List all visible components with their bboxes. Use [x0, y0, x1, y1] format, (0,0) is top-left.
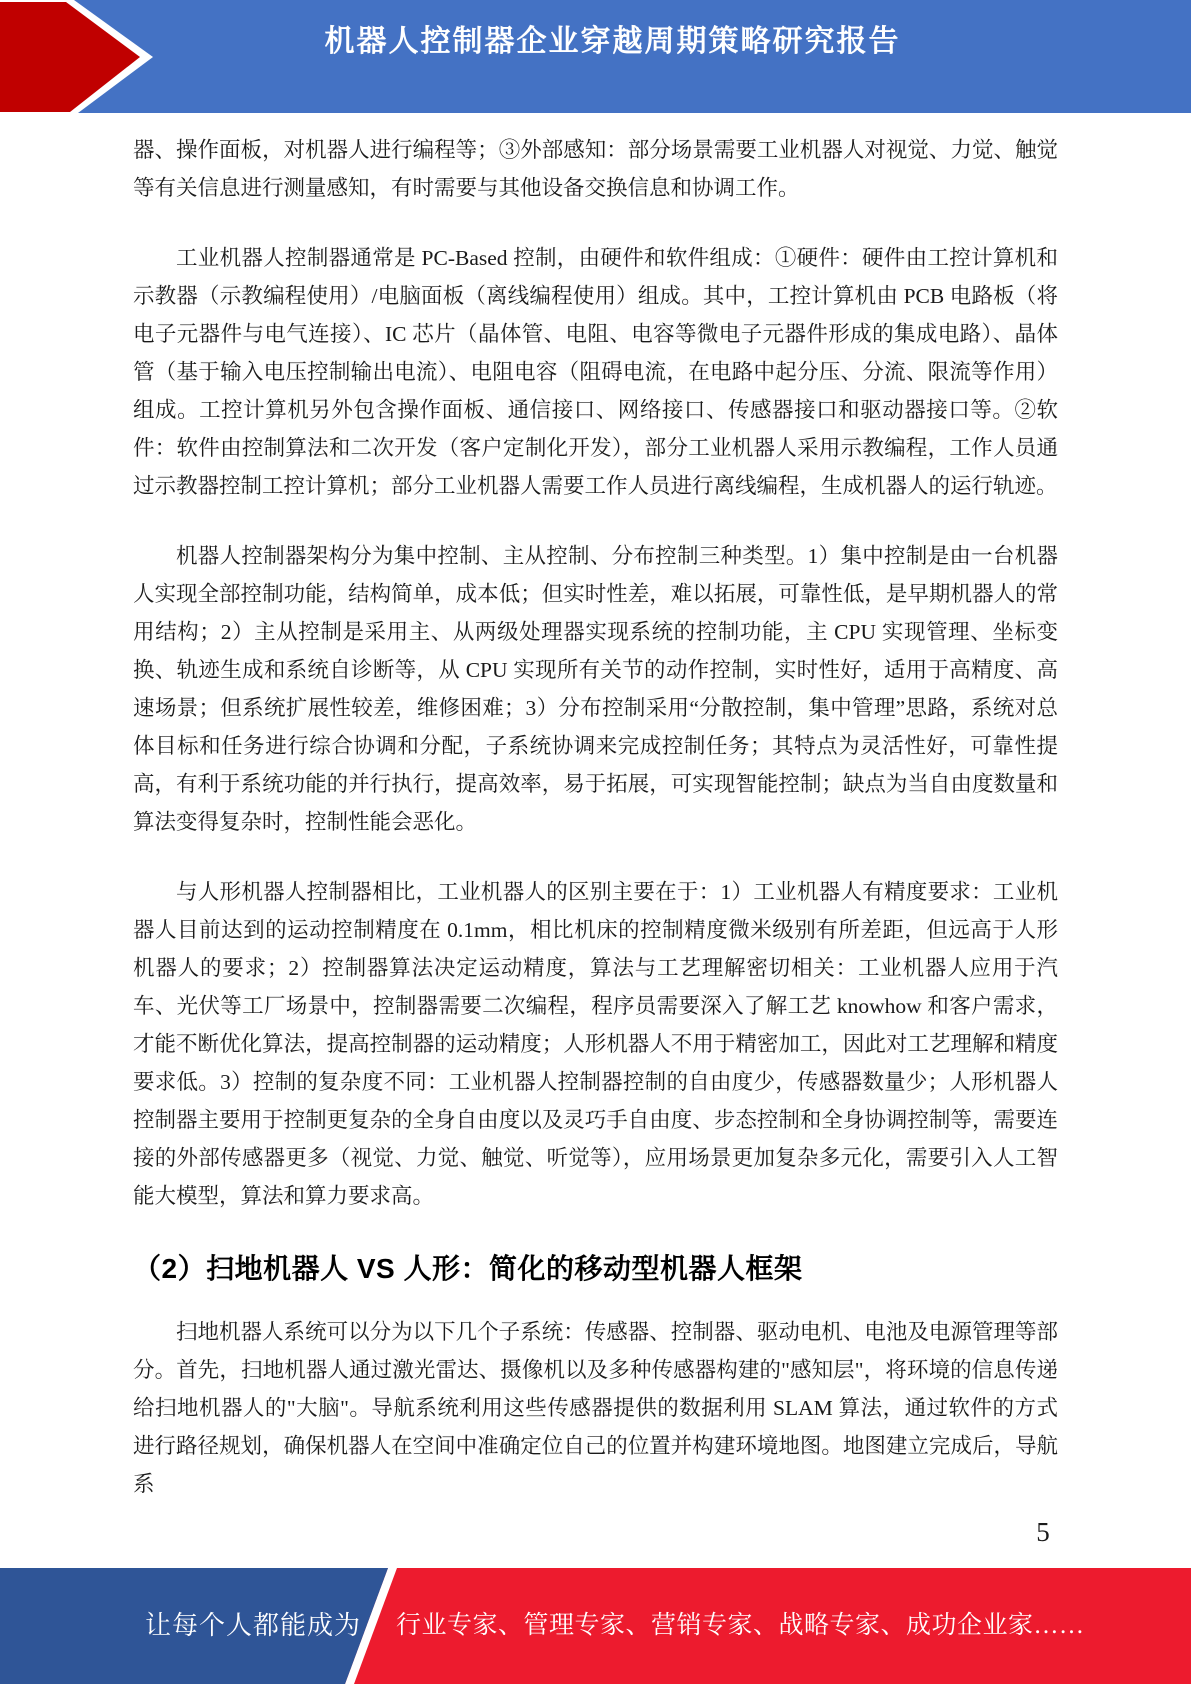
page: 机器人控制器企业穿越周期策略研究报告 器、操作面板，对机器人进行编程等；③外部感… — [0, 0, 1191, 1684]
report-title: 机器人控制器企业穿越周期策略研究报告 — [0, 0, 1191, 60]
body-content: 器、操作面板，对机器人进行编程等；③外部感知：部分场景需要工业机器人对视觉、力觉… — [133, 131, 1058, 1503]
paragraph: 机器人控制器架构分为集中控制、主从控制、分布控制三种类型。1）集中控制是由一台机… — [133, 537, 1058, 841]
header-banner: 机器人控制器企业穿越周期策略研究报告 — [0, 0, 1191, 113]
header-arrow-icon — [0, 0, 160, 113]
footer-right-text: 行业专家、管理专家、营销专家、战略专家、成功企业家…… — [396, 1568, 1085, 1684]
footer-left-text: 让每个人都能成为 — [145, 1568, 361, 1684]
footer: 让每个人都能成为 行业专家、管理专家、营销专家、战略专家、成功企业家…… — [0, 1568, 1191, 1684]
paragraph: 与人形机器人控制器相比，工业机器人的区别主要在于：1）工业机器人有精度要求：工业… — [133, 873, 1058, 1215]
header-arrow-red-shape — [0, 2, 140, 112]
page-number: 5 — [1018, 1512, 1068, 1552]
paragraph: 扫地机器人系统可以分为以下几个子系统：传感器、控制器、驱动电机、电池及电源管理等… — [133, 1313, 1058, 1503]
section-heading: （2）扫地机器人 VS 人形：简化的移动型机器人框架 — [133, 1247, 1058, 1291]
paragraph: 器、操作面板，对机器人进行编程等；③外部感知：部分场景需要工业机器人对视觉、力觉… — [133, 131, 1058, 207]
paragraph: 工业机器人控制器通常是 PC-Based 控制，由硬件和软件组成：①硬件：硬件由… — [133, 239, 1058, 505]
